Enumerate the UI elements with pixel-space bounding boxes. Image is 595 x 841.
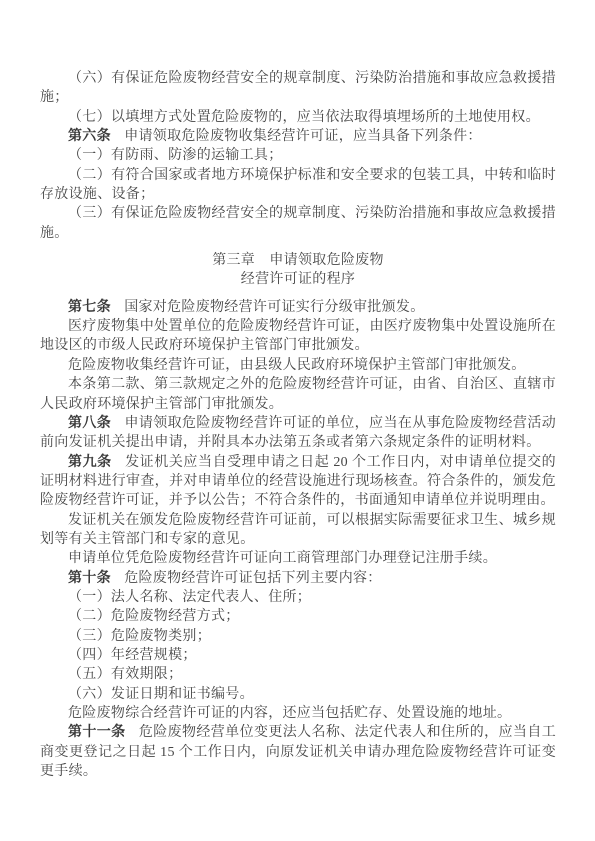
paragraph: 第十条危险废物经营许可证包括下列主要内容： bbox=[40, 569, 556, 588]
paragraph: （四）年经营规模； bbox=[40, 646, 556, 665]
paragraph-text: 申请单位凭危险废物经营许可证向工商管理部门办理登记注册手续。 bbox=[68, 551, 497, 566]
paragraph-text: （二）危险废物经营方式； bbox=[68, 609, 240, 624]
paragraph-text: 发证机关应当自受理申请之日起 20 个工作日内，对申请单位提交的证明材料进行审查… bbox=[40, 455, 556, 509]
paragraph-text: 申请领取危险废物收集经营许可证，应当具备下列条件： bbox=[124, 129, 482, 144]
article-number: 第九条 bbox=[68, 455, 112, 470]
paragraph: （六）发证日期和证书编号。 bbox=[40, 685, 556, 704]
paragraph-text: （七）以填埋方式处置危险废物的，应当依法取得填埋场所的土地使用权。 bbox=[68, 110, 540, 125]
chapter-heading: 第三章 申请领取危险废物经营许可证的程序 bbox=[40, 251, 556, 290]
paragraph: （一）法人名称、法定代表人、住所； bbox=[40, 588, 556, 607]
paragraph: 第七条国家对危险废物经营许可证实行分级审批颁发。 bbox=[40, 298, 556, 317]
article-number: 第七条 bbox=[68, 300, 111, 315]
paragraph-text: 本条第二款、第三款规定之外的危险废物经营许可证，由省、自治区、直辖市人民政府环境… bbox=[40, 377, 556, 411]
paragraph: （三）危险废物类别； bbox=[40, 627, 556, 646]
paragraph-text: 申请领取危险废物经营许可证的单位，应当在从事危险废物经营活动前向发证机关提出申请… bbox=[40, 416, 556, 450]
paragraph: （二）危险废物经营方式； bbox=[40, 607, 556, 626]
paragraph-text: 医疗废物集中处置单位的危险废物经营许可证，由医疗废物集中处置设施所在地设区的市级… bbox=[40, 319, 556, 353]
paragraph: （二）有符合国家或者地方环境保护标准和安全要求的包装工具，中转和临时存放设施、设… bbox=[40, 166, 556, 205]
paragraph-text: （三）危险废物类别； bbox=[68, 629, 211, 644]
paragraph: 第十一条危险废物经营单位变更法人名称、法定代表人和住所的，应当自工商变更登记之日… bbox=[40, 723, 556, 781]
article-number: 第六条 bbox=[68, 129, 111, 144]
paragraph: （五）有效期限； bbox=[40, 665, 556, 684]
article-number: 第十一条 bbox=[68, 725, 126, 740]
paragraph-text: （二）有符合国家或者地方环境保护标准和安全要求的包装工具，中转和临时存放设施、设… bbox=[40, 168, 556, 202]
chapter-heading-line: 经营许可证的程序 bbox=[40, 270, 556, 289]
paragraph-text: 危险废物经营许可证包括下列主要内容： bbox=[124, 571, 381, 586]
paragraph: （一）有防雨、防渗的运输工具； bbox=[40, 146, 556, 165]
paragraph-text: 发证机关在颁发危险废物经营许可证前，可以根据实际需要征求卫生、城乡规划等有关主管… bbox=[40, 513, 556, 547]
chapter-heading-line: 第三章 申请领取危险废物 bbox=[40, 251, 556, 270]
paragraph: （三）有保证危险废物经营安全的规章制度、污染防治措施和事故应急救援措施。 bbox=[40, 204, 556, 243]
paragraph-text: 危险废物综合经营许可证的内容，还应当包括贮存、处置设施的地址。 bbox=[68, 706, 511, 721]
paragraph-text: （三）有保证危险废物经营安全的规章制度、污染防治措施和事故应急救援措施。 bbox=[40, 206, 556, 240]
paragraph: 第六条申请领取危险废物收集经营许可证，应当具备下列条件： bbox=[40, 127, 556, 146]
paragraph: 医疗废物集中处置单位的危险废物经营许可证，由医疗废物集中处置设施所在地设区的市级… bbox=[40, 317, 556, 356]
paragraph-text: 国家对危险废物经营许可证实行分级审批颁发。 bbox=[124, 300, 424, 315]
paragraph: 发证机关在颁发危险废物经营许可证前，可以根据实际需要征求卫生、城乡规划等有关主管… bbox=[40, 511, 556, 550]
paragraph: 第九条发证机关应当自受理申请之日起 20 个工作日内，对申请单位提交的证明材料进… bbox=[40, 453, 556, 511]
paragraph-text: （六）有保证危险废物经营安全的规章制度、污染防治措施和事故应急救援措施； bbox=[40, 71, 556, 105]
paragraph: （七）以填埋方式处置危险废物的，应当依法取得填埋场所的土地使用权。 bbox=[40, 108, 556, 127]
paragraph: 本条第二款、第三款规定之外的危险废物经营许可证，由省、自治区、直辖市人民政府环境… bbox=[40, 375, 556, 414]
paragraph: 申请单位凭危险废物经营许可证向工商管理部门办理登记注册手续。 bbox=[40, 549, 556, 568]
document-body: （六）有保证危险废物经营安全的规章制度、污染防治措施和事故应急救援措施；（七）以… bbox=[40, 69, 556, 781]
paragraph-text: （四）年经营规模； bbox=[68, 648, 197, 663]
document-page: （六）有保证危险废物经营安全的规章制度、污染防治措施和事故应急救援措施；（七）以… bbox=[0, 0, 595, 841]
paragraph: 第八条申请领取危险废物经营许可证的单位，应当在从事危险废物经营活动前向发证机关提… bbox=[40, 414, 556, 453]
article-number: 第八条 bbox=[68, 416, 111, 431]
article-number: 第十条 bbox=[68, 571, 111, 586]
paragraph: （六）有保证危险废物经营安全的规章制度、污染防治措施和事故应急救援措施； bbox=[40, 69, 556, 108]
paragraph-text: （五）有效期限； bbox=[68, 667, 182, 682]
paragraph-text: 危险废物收集经营许可证，由县级人民政府环境保护主管部门审批颁发。 bbox=[68, 358, 526, 373]
paragraph: 危险废物收集经营许可证，由县级人民政府环境保护主管部门审批颁发。 bbox=[40, 356, 556, 375]
paragraph: 危险废物综合经营许可证的内容，还应当包括贮存、处置设施的地址。 bbox=[40, 704, 556, 723]
paragraph-text: （一）法人名称、法定代表人、住所； bbox=[68, 590, 311, 605]
paragraph-text: （一）有防雨、防渗的运输工具； bbox=[68, 148, 283, 163]
paragraph-text: （六）发证日期和证书编号。 bbox=[68, 687, 254, 702]
